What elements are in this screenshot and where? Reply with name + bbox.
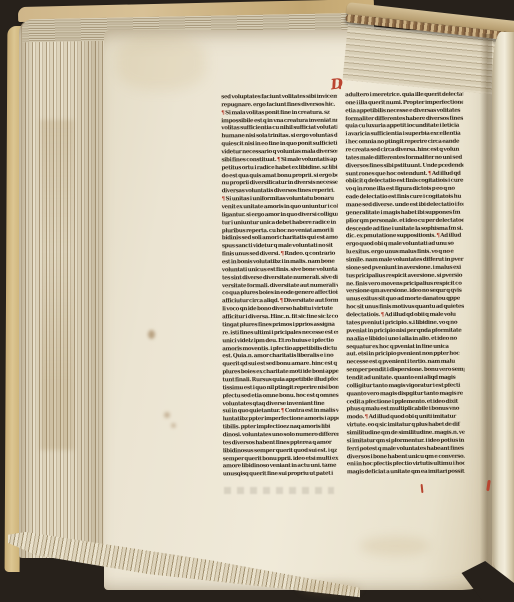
paper-stain xyxy=(116,36,206,90)
text-line: tates male differentes formaliter no uni… xyxy=(345,155,463,163)
text-line: colligitur tanto magis vigoratur i est p… xyxy=(346,383,464,391)
paper-stain xyxy=(164,412,170,418)
text-line: tingat plures fines primos i pprios assi… xyxy=(222,322,338,330)
text-line: ferri potest q male voluntates habeant f… xyxy=(347,445,465,453)
text-line: diversos fines sibi pstituunt. Unde pced… xyxy=(345,162,463,170)
text-line: tes sint diverse diversitate numerali. s… xyxy=(222,275,338,283)
folio-pen-stroke xyxy=(339,81,341,89)
text-line: plior qm personale. et ideo cu per delec… xyxy=(346,217,464,225)
text-line: libidinosus semper querit quod sui est. … xyxy=(223,447,339,455)
text-line: similitudine qm de similitudine. magis.n… xyxy=(347,430,465,438)
text-line: tates pveniut i pricipio. s.i libidine. … xyxy=(346,320,464,328)
facing-page-curl xyxy=(492,32,514,584)
text-line: magis deficiat a unitate qm ea imitari p… xyxy=(347,469,465,477)
text-line: tur i uniuntur unica debet habere radice… xyxy=(222,219,338,227)
text-line: pveniat in pricipio nisi per qnda pformi… xyxy=(346,328,464,336)
text-line: voluntati unicus est finis. sive bone vo… xyxy=(222,267,338,275)
text-line: etia appetibilis necesse e diversas voli… xyxy=(345,107,463,115)
paper-stain xyxy=(300,582,360,594)
text-line: ¶ Si mala volitas ponit fine in creatura… xyxy=(221,109,337,117)
photo-of-incunabulum-book: D sed voluptates faciunt volitates sibi … xyxy=(0,0,514,602)
paper-stain xyxy=(148,330,155,339)
paper-stain xyxy=(360,536,430,556)
text-line: unusqisq querit fine sui propriu ut pate… xyxy=(223,471,339,479)
text-line: unici videlz ipm deu. Et ro huius e i pf… xyxy=(222,337,338,345)
text-line: generalitate i magis habet ibi suppones … xyxy=(346,210,464,218)
text-line: tunt finali. Rursus quia appetibile illu… xyxy=(222,377,338,385)
text-line: ligantur. si ergo amor in quo diversi co… xyxy=(222,212,338,220)
text-line: tendit ad unitate. quanto eni aliqd magi… xyxy=(346,375,464,383)
text-line: sione sed pveniunt in aversione. i malus… xyxy=(346,265,464,273)
text-line: quanto vero magis dispgitur tanto magis … xyxy=(346,390,464,398)
text-line: sibi fines constituat. ¶ Si male volunta… xyxy=(221,157,337,165)
text-line: petitus ortu i radice habet ex libidine.… xyxy=(221,164,337,172)
text-line: pfectu sed etia omne bonu. hoc est q omn… xyxy=(222,392,338,400)
folio-letter: D xyxy=(330,76,344,93)
text-column-left: sed voluptates faciunt volitates sibi in… xyxy=(221,94,339,483)
text-line: tissimu est i quo nil ptingit reperire n… xyxy=(222,385,338,393)
page-edge-stain xyxy=(40,120,74,450)
text-line: one i illa querit numi. Propter imperfec… xyxy=(345,100,463,108)
text-line: repugnare. ergo faciunt fines diversos h… xyxy=(221,102,337,110)
fore-edge-crease xyxy=(480,34,492,582)
text-column-right: adultero i meretrice. quia ille querit d… xyxy=(345,92,465,481)
text-line: tus pricipalius respicit aversione. si p… xyxy=(346,273,464,281)
show-through-mark xyxy=(224,487,334,494)
text-line: re. isti fines ultimi i pricipales neces… xyxy=(222,330,338,338)
text-line: dinosi. voluntates uno solo numero diffe… xyxy=(223,432,339,440)
text-line: tes diversos habent fines ppterea q amor xyxy=(223,440,339,448)
paper-stain xyxy=(171,423,176,428)
text-line: si imitatur qm si pformentur. i ideo pot… xyxy=(347,438,465,446)
text-line: na alia e libido i uno i alia in alio. e… xyxy=(346,335,464,343)
